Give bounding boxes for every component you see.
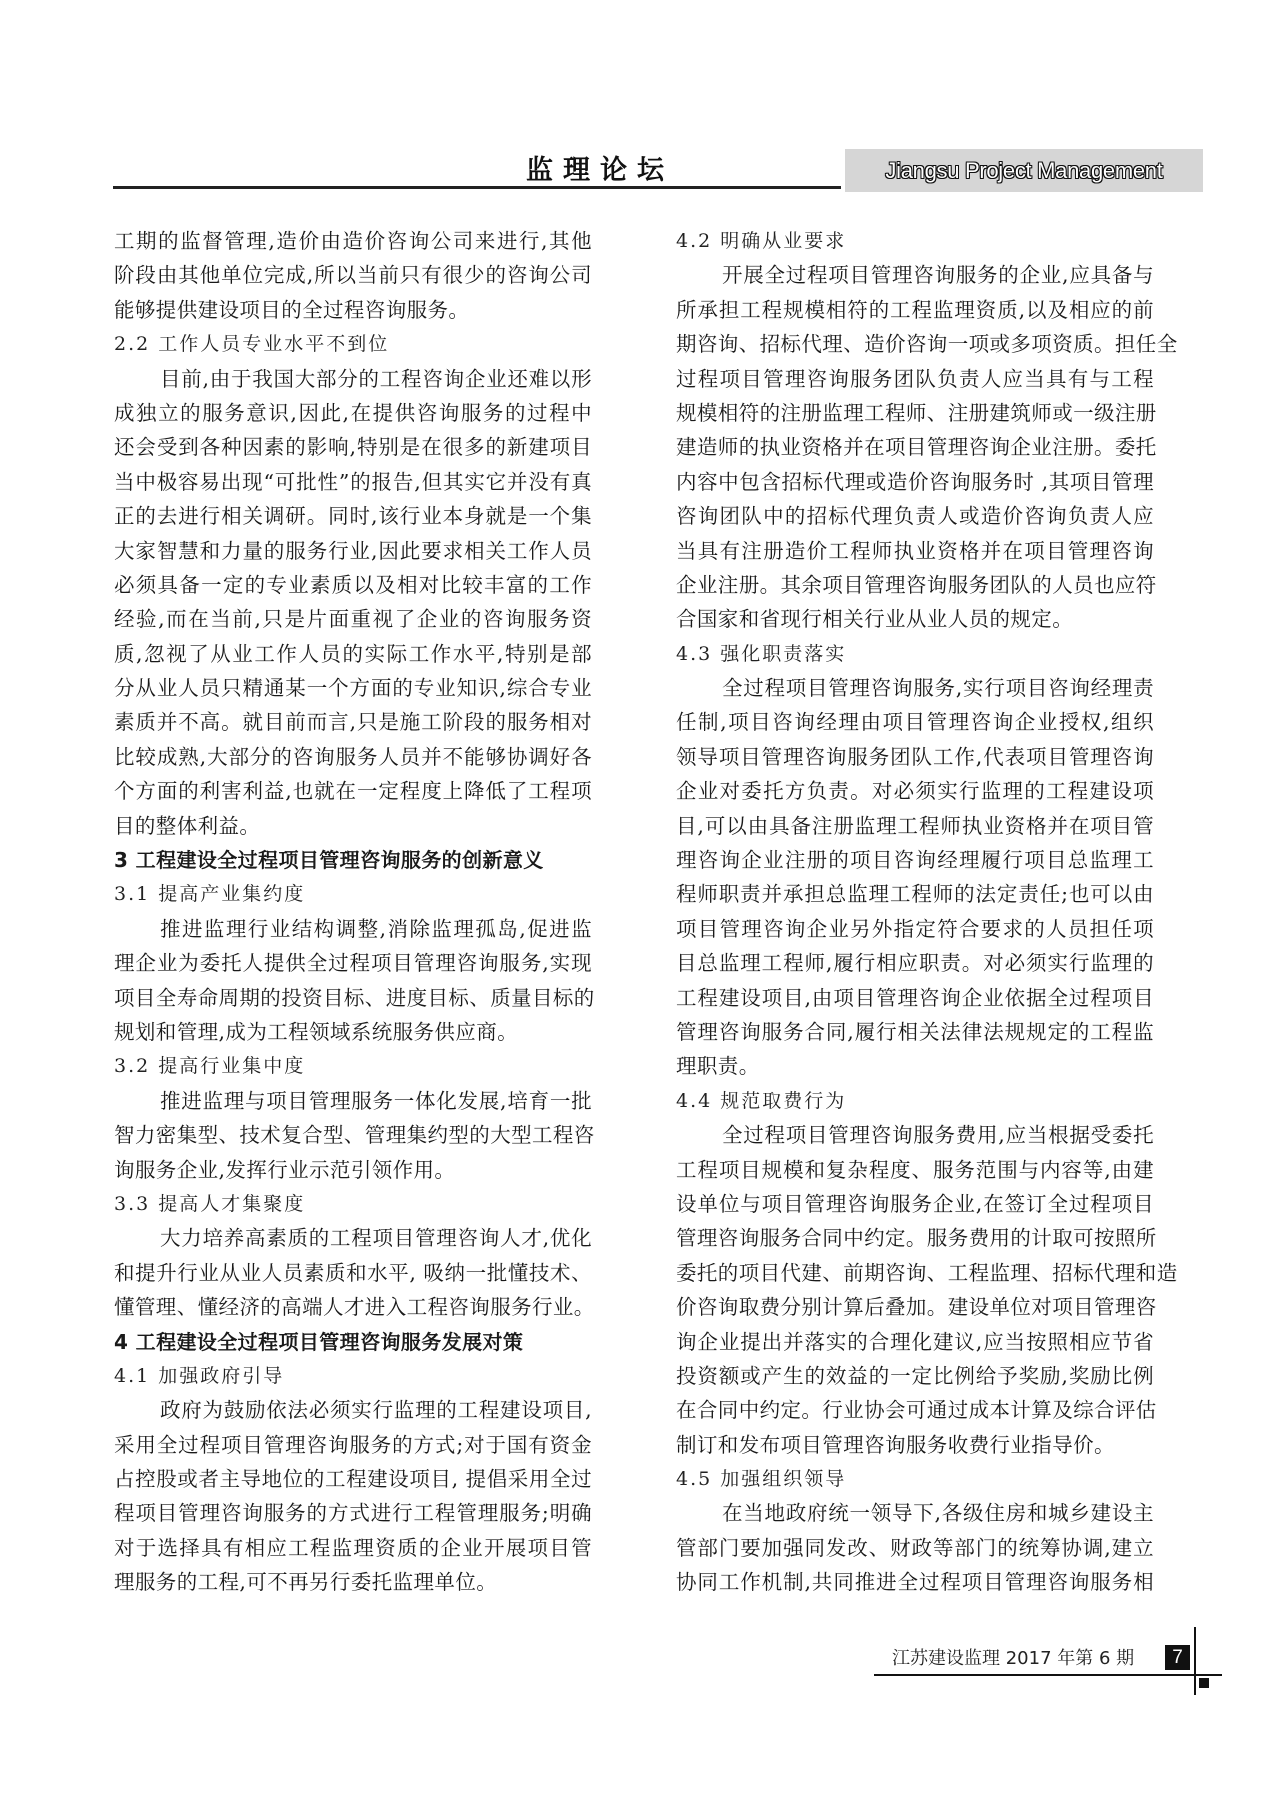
subsection-heading: 3.1 提高产业集约度 (114, 877, 592, 911)
body-line: 占控股或者主导地位的工程建设项目, 提倡采用全过 (114, 1462, 592, 1496)
body-line: 成独立的服务意识,因此,在提供咨询服务的过程中 (114, 396, 592, 430)
body-line: 阶段由其他单位完成,所以当前只有很少的咨询公司 (114, 258, 592, 292)
body-line: 投资额或产生的效益的一定比例给予奖励,奖励比例 (676, 1359, 1154, 1393)
body-line: 内容中包含招标代理或造价咨询服务时 ,其项目管理 (676, 465, 1154, 499)
paragraph-first-line: 全过程项目管理咨询服务费用,应当根据受委托 (676, 1118, 1154, 1152)
body-line: 在合同中约定。行业协会可通过成本计算及综合评估 (676, 1393, 1154, 1427)
body-line: 企业注册。其余项目管理咨询服务团队的人员也应符 (676, 568, 1154, 602)
subsection-heading: 3.2 提高行业集中度 (114, 1049, 592, 1083)
subsection-heading: 4.4 规范取费行为 (676, 1084, 1154, 1118)
body-line: 咨询团队中的招标代理负责人或造价咨询负责人应 (676, 499, 1154, 533)
subsection-heading: 4.1 加强政府引导 (114, 1359, 592, 1393)
subsection-heading: 4.3 强化职责落实 (676, 637, 1154, 671)
body-line: 建造师的执业资格并在项目管理咨询企业注册。委托 (676, 430, 1154, 464)
subsection-heading: 4.5 加强组织领导 (676, 1462, 1154, 1496)
body-line: 正的去进行相关调研。同时,该行业本身就是一个集 (114, 499, 592, 533)
body-line: 工程项目规模和复杂程度、服务范围与内容等,由建 (676, 1153, 1154, 1187)
text-column-left: 工期的监督管理,造价由造价咨询公司来进行,其他阶段由其他单位完成,所以当前只有很… (114, 224, 592, 1600)
journal-badge-text: Jiangsu Project Management (885, 158, 1162, 184)
subsection-heading: 3.3 提高人才集聚度 (114, 1187, 592, 1221)
section-heading: 3 工程建设全过程项目管理咨询服务的创新意义 (114, 843, 592, 877)
body-line: 委托的项目代建、前期咨询、工程监理、招标代理和造 (676, 1256, 1154, 1290)
footer-rule (874, 1674, 1222, 1676)
body-line: 管理咨询服务合同中约定。服务费用的计取可按照所 (676, 1221, 1154, 1255)
body-line: 管部门要加强同发改、财政等部门的统筹协调,建立 (676, 1531, 1154, 1565)
header-rule (113, 186, 841, 189)
journal-badge: Jiangsu Project Management (845, 149, 1203, 192)
body-line: 当具有注册造价工程师执业资格并在项目管理咨询 (676, 534, 1154, 568)
body-line: 程师职责并承担总监理工程师的法定责任;也可以由 (676, 877, 1154, 911)
page-number: 7 (1165, 1645, 1190, 1670)
text-column-right: 4.2 明确从业要求开展全过程项目管理咨询服务的企业,应具备与所承担工程规模相符… (676, 224, 1154, 1600)
body-line: 任制,项目咨询经理由项目管理咨询企业授权,组织 (676, 705, 1154, 739)
subsection-heading: 4.2 明确从业要求 (676, 224, 1154, 258)
body-line: 管理咨询服务合同,履行相关法律法规规定的工程监 (676, 1015, 1154, 1049)
body-line: 素质并不高。就目前而言,只是施工阶段的服务相对 (114, 705, 592, 739)
paragraph-first-line: 目前,由于我国大部分的工程咨询企业还难以形 (114, 362, 592, 396)
body-line: 当中极容易出现“可批性”的报告,但其实它并没有真 (114, 465, 592, 499)
paragraph-last-line: 合国家和省现行相关行业从业人员的规定。 (676, 602, 1154, 636)
body-line: 规模相符的注册监理工程师、注册建筑师或一级注册 (676, 396, 1154, 430)
body-line: 个方面的利害利益,也就在一定程度上降低了工程项 (114, 774, 592, 808)
paragraph-first-line: 推进监理行业结构调整,消除监理孤岛,促进监 (114, 912, 592, 946)
paragraph-last-line: 目的整体利益。 (114, 809, 592, 843)
body-line: 程项目管理咨询服务的方式进行工程管理服务;明确 (114, 1496, 592, 1530)
body-line: 对于选择具有相应工程监理资质的企业开展项目管 (114, 1531, 592, 1565)
paragraph-first-line: 开展全过程项目管理咨询服务的企业,应具备与 (676, 258, 1154, 292)
body-line: 工期的监督管理,造价由造价咨询公司来进行,其他 (114, 224, 592, 258)
body-line: 采用全过程项目管理咨询服务的方式;对于国有资金 (114, 1428, 592, 1462)
paragraph-last-line: 制订和发布项目管理咨询服务收费行业指导价。 (676, 1428, 1154, 1462)
crop-mark-vertical (1194, 1627, 1196, 1695)
paragraph-last-line: 懂管理、懂经济的高端人才进入工程咨询服务行业。 (114, 1290, 592, 1324)
body-line: 询企业提出并落实的合理化建议,应当按照相应节省 (676, 1325, 1154, 1359)
paragraph-first-line: 全过程项目管理咨询服务,实行项目咨询经理责 (676, 671, 1154, 705)
paragraph-last-line: 规划和管理,成为工程领域系统服务供应商。 (114, 1015, 592, 1049)
body-line: 理咨询企业注册的项目咨询经理履行项目总监理工 (676, 843, 1154, 877)
journal-issue: 江苏建设监理 2017 年第 6 期 (892, 1644, 1134, 1670)
body-line: 领导项目管理咨询服务团队工作,代表项目管理咨询 (676, 740, 1154, 774)
body-line: 价咨询取费分别计算后叠加。建设单位对项目管理咨 (676, 1290, 1154, 1324)
body-line: 过程项目管理咨询服务团队负责人应当具有与工程 (676, 362, 1154, 396)
body-line: 经验,而在当前,只是片面重视了企业的咨询服务资 (114, 602, 592, 636)
section-heading: 4 工程建设全过程项目管理咨询服务发展对策 (114, 1325, 592, 1359)
body-line: 理企业为委托人提供全过程项目管理咨询服务,实现 (114, 946, 592, 980)
paragraph-last-line: 理职责。 (676, 1049, 1154, 1083)
section-title: 监理论坛 (500, 148, 700, 187)
paragraph-last-line: 理服务的工程,可不再另行委托监理单位。 (114, 1565, 592, 1599)
body-line: 比较成熟,大部分的咨询服务人员并不能够协调好各 (114, 740, 592, 774)
body-line: 还会受到各种因素的影响,特别是在很多的新建项目 (114, 430, 592, 464)
paragraph-first-line: 推进监理与项目管理服务一体化发展,培育一批 (114, 1084, 592, 1118)
paragraph-first-line: 在当地政府统一领导下,各级住房和城乡建设主 (676, 1496, 1154, 1530)
body-line: 必须具备一定的专业素质以及相对比较丰富的工作 (114, 568, 592, 602)
paragraph-first-line: 大力培养高素质的工程项目管理咨询人才,优化 (114, 1221, 592, 1255)
body-line: 协同工作机制,共同推进全过程项目管理咨询服务相 (676, 1565, 1154, 1599)
body-line: 质,忽视了从业工作人员的实际工作水平,特别是部 (114, 637, 592, 671)
body-line: 所承担工程规模相符的工程监理资质,以及相应的前 (676, 293, 1154, 327)
body-line: 分从业人员只精通某一个方面的专业知识,综合专业 (114, 671, 592, 705)
body-line: 企业对委托方负责。对必须实行监理的工程建设项 (676, 774, 1154, 808)
body-line: 工程建设项目,由项目管理咨询企业依据全过程项目 (676, 981, 1154, 1015)
crop-mark-square (1199, 1678, 1209, 1688)
paragraph-last-line: 询服务企业,发挥行业示范引领作用。 (114, 1153, 592, 1187)
body-line: 目总监理工程师,履行相应职责。对必须实行监理的 (676, 946, 1154, 980)
body-line: 大家智慧和力量的服务行业,因此要求相关工作人员 (114, 534, 592, 568)
subsection-heading: 2.2 工作人员专业水平不到位 (114, 327, 592, 361)
body-line: 项目管理咨询企业另外指定符合要求的人员担任项 (676, 912, 1154, 946)
body-line: 期咨询、招标代理、造价咨询一项或多项资质。担任全 (676, 327, 1154, 361)
body-line: 目,可以由具备注册监理工程师执业资格并在项目管 (676, 809, 1154, 843)
paragraph-first-line: 政府为鼓励依法必须实行监理的工程建设项目, (114, 1393, 592, 1427)
body-line: 和提升行业从业人员素质和水平, 吸纳一批懂技术、 (114, 1256, 592, 1290)
body-line: 设单位与项目管理咨询服务企业,在签订全过程项目 (676, 1187, 1154, 1221)
body-line: 项目全寿命周期的投资目标、进度目标、质量目标的 (114, 981, 592, 1015)
body-line: 智力密集型、技术复合型、管理集约型的大型工程咨 (114, 1118, 592, 1152)
paragraph-last-line: 能够提供建设项目的全过程咨询服务。 (114, 293, 592, 327)
